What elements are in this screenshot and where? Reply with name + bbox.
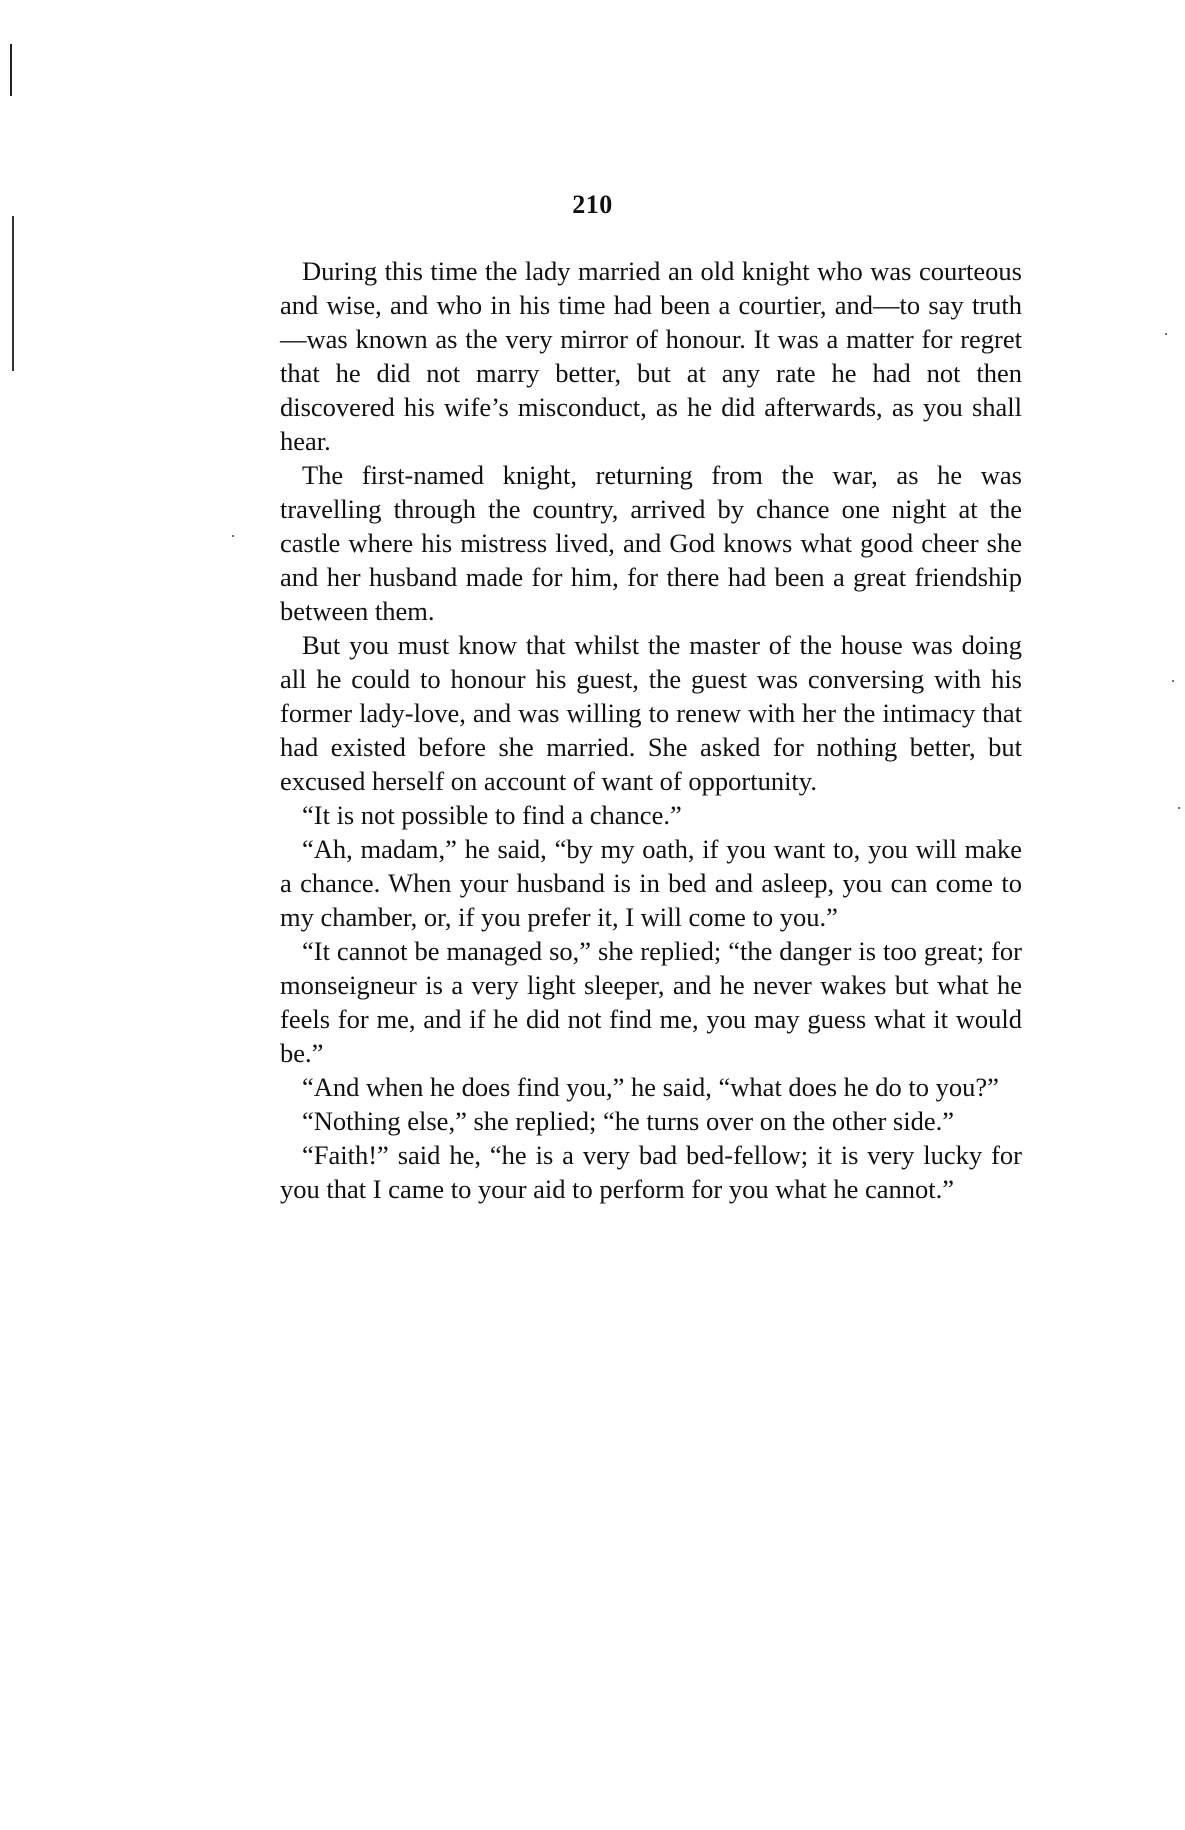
paragraph: “Faith!” said he, “he is a very bad bed-…	[280, 1138, 1022, 1206]
paragraph: “And when he does find you,” he said, “w…	[280, 1070, 1022, 1104]
paragraph: The first-named knight, returning from t…	[280, 458, 1022, 628]
scan-speck	[1165, 333, 1167, 335]
paragraph: But you must know that whilst the master…	[280, 628, 1022, 798]
scan-edge-mark	[12, 216, 14, 371]
paragraph: “Ah, madam,” he said, “by my oath, if yo…	[280, 832, 1022, 934]
page-body: During this time the lady married an old…	[280, 254, 1022, 1206]
page-number: 210	[0, 190, 1185, 220]
scan-edge-mark	[10, 44, 12, 96]
paragraph: “It is not possible to find a chance.”	[280, 798, 1022, 832]
scan-speck	[1172, 680, 1174, 682]
paragraph: “It cannot be managed so,” she replied; …	[280, 934, 1022, 1070]
paragraph: During this time the lady married an old…	[280, 254, 1022, 458]
scan-speck	[1178, 807, 1180, 809]
paragraph: “Nothing else,” she replied; “he turns o…	[280, 1104, 1022, 1138]
scan-speck	[232, 535, 234, 537]
